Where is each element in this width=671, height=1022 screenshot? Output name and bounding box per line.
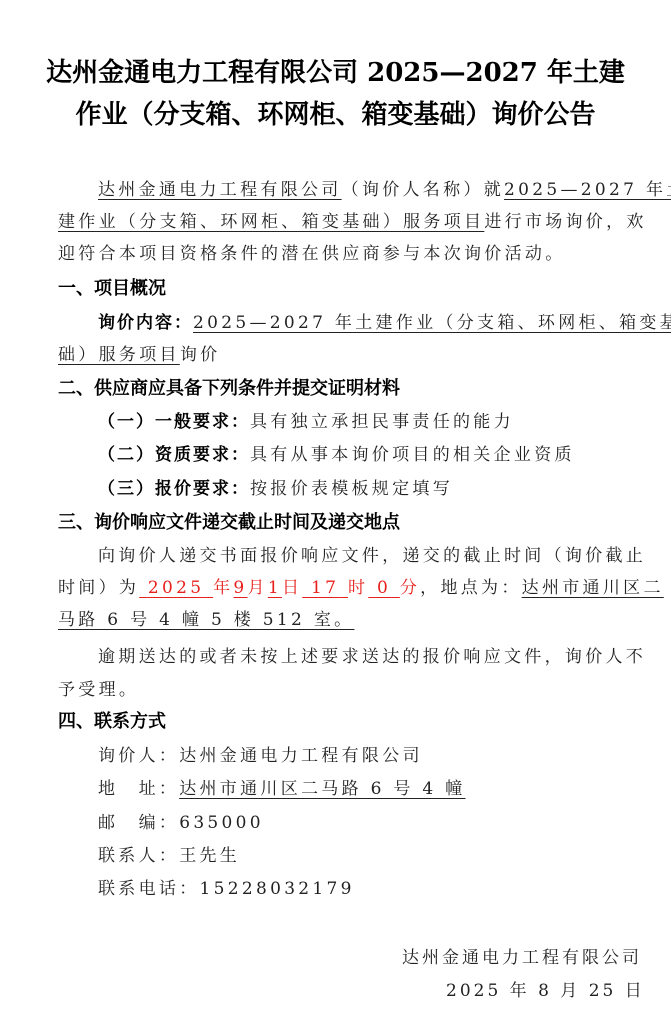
section-1-content-line-1: 询价内容：2025—2027 年土建作业（分支箱、环网柜、箱变基 — [98, 311, 671, 335]
deadline-month: 9 — [233, 578, 247, 598]
late-notice-line-1: 逾期送达的或者未按上述要求送达的报价响应文件，询价人不 — [98, 645, 646, 669]
contact-row: 询价人：达州金通电力工程有限公司 — [98, 744, 423, 768]
section-3-line-3: 马路 6 号 4 幢 5 楼 512 室。 — [58, 608, 354, 632]
section-2-heading: 二、供应商应具备下列条件并提交证明材料 — [58, 377, 400, 401]
intro-line-2: 建作业（分支箱、环网柜、箱变基础）服务项目进行市场询价，欢 — [58, 210, 647, 234]
requirement-text: 按报价表模板规定填写 — [250, 479, 453, 499]
late-notice-line-2: 予受理。 — [58, 678, 139, 702]
document-title-line-1: 达州金通电力工程有限公司 2025—2027 年土建 — [0, 52, 671, 89]
requirement-item: （三）报价要求：按报价表模板规定填写 — [98, 477, 453, 501]
contact-value: 635000 — [179, 813, 264, 833]
intro-role-note: （询价人名称）就 — [342, 180, 504, 200]
intro-company-name: 达州金通电力工程有限公司 — [98, 180, 342, 200]
contact-label: 联系电话： — [98, 879, 200, 899]
requirement-text: 具有独立承担民事责任的能力 — [250, 412, 514, 432]
contact-label: 地 址： — [98, 779, 179, 799]
intro-project-part1: 2025—2027 年土 — [504, 180, 671, 200]
inquiry-content-suffix: 询价 — [180, 345, 221, 365]
signature-company: 达州金通电力工程有限公司 — [402, 943, 642, 968]
contact-value: 达州市通川区二马路 6 号 4 幢 — [179, 779, 465, 799]
document-title-line-2: 作业（分支箱、环网柜、箱变基础）询价公告 — [0, 94, 671, 131]
intro-line-3: 迎符合本项目资格条件的潜在供应商参与本次询价活动。 — [58, 242, 566, 266]
contact-label: 询价人： — [98, 746, 179, 766]
signature-date: 2025 年 8 月 25 日 — [446, 976, 645, 1001]
intro-project-part2: 建作业（分支箱、环网柜、箱变基础）服务项目 — [58, 212, 484, 232]
requirement-item: （二）资质要求：具有从事本询价项目的相关企业资质 — [98, 443, 575, 467]
section-1-heading: 一、项目概况 — [58, 277, 166, 301]
section-3-line-2: 时间）为 2025 年9月1日 17 时 0 分，地点为：达州市通川区二 — [58, 576, 664, 600]
deadline-hour-unit: 时 — [348, 578, 368, 598]
inquiry-content-part1: 2025—2027 年土建作业（分支箱、环网柜、箱变基 — [193, 313, 671, 333]
deadline-year-unit: 年 — [213, 578, 233, 598]
requirement-label: （二）资质要求： — [98, 445, 250, 465]
deadline-hour: 17 — [302, 578, 348, 598]
contact-label: 邮 编： — [98, 813, 179, 833]
contact-value: 15228032179 — [200, 879, 355, 899]
requirement-text: 具有从事本询价项目的相关企业资质 — [250, 445, 575, 465]
contact-row: 联系电话：15228032179 — [98, 877, 355, 901]
deadline-minute: 0 — [368, 578, 400, 598]
section-3-line-1: 向询价人递交书面报价响应文件，递交的截止时间（询价截止 — [98, 544, 646, 568]
contact-row: 地 址：达州市通川区二马路 6 号 4 幢 — [98, 777, 466, 801]
deadline-prefix: 时间）为 — [58, 578, 139, 598]
deadline-day: 1 — [268, 578, 282, 598]
deadline-minute-unit: 分 — [400, 578, 420, 598]
section-3-heading: 三、询价响应文件递交截止时间及递交地点 — [58, 511, 400, 535]
contact-value: 达州金通电力工程有限公司 — [179, 746, 423, 766]
requirement-label: （一）一般要求： — [98, 412, 250, 432]
requirement-label: （三）报价要求： — [98, 479, 250, 499]
intro-line-1: 达州金通电力工程有限公司（询价人名称）就2025—2027 年土 — [98, 178, 671, 202]
inquiry-content-part2: 础）服务项目 — [58, 345, 180, 365]
deadline-year: 2025 — [139, 578, 213, 598]
inquiry-content-label: 询价内容： — [98, 313, 193, 333]
contact-row: 联系人：王先生 — [98, 844, 240, 868]
location-label: ，地点为： — [420, 578, 522, 598]
requirement-item: （一）一般要求：具有独立承担民事责任的能力 — [98, 410, 514, 434]
section-4-heading: 四、联系方式 — [58, 710, 166, 734]
location-part2: 马路 6 号 4 幢 5 楼 512 室。 — [58, 610, 354, 630]
contact-label: 联系人： — [98, 846, 179, 866]
section-1-content-line-2: 础）服务项目询价 — [58, 343, 220, 367]
location-part1: 达州市通川区二 — [522, 578, 664, 598]
deadline-month-unit: 月 — [248, 578, 268, 598]
deadline-day-unit: 日 — [282, 578, 302, 598]
contact-row: 邮 编：635000 — [98, 811, 264, 835]
intro-after-project: 进行市场询价，欢 — [484, 212, 646, 232]
contact-value: 王先生 — [179, 846, 240, 866]
